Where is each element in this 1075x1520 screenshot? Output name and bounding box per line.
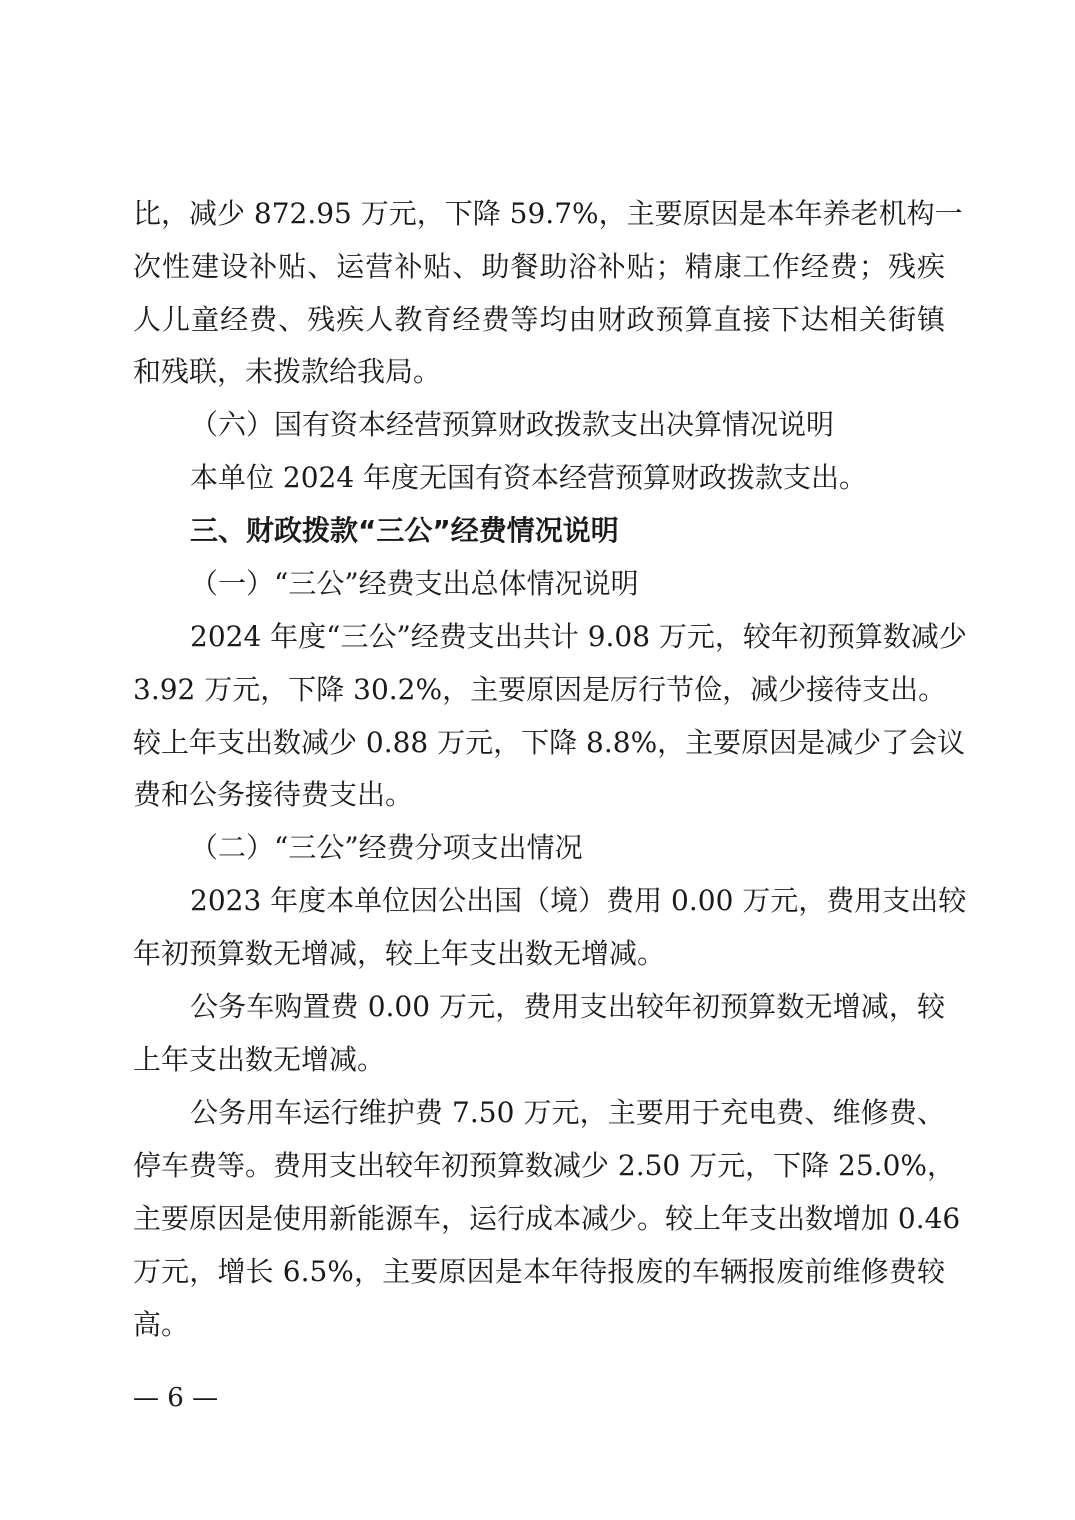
page-number: — 6 — [133, 1378, 218, 1418]
paragraph-line: 本单位 2024 年度无国有资本经营预算财政拨款支出。 [190, 458, 945, 498]
paragraph-line: 3.92 万元，下降 30.2%，主要原因是厉行节俭，减少接待支出。 [133, 670, 945, 710]
paragraph-line: 公务用车运行维护费 7.50 万元，主要用于充电费、维修费、 [190, 1093, 945, 1133]
paragraph-line: 次性建设补贴、运营补贴、助餐助浴补贴；精康工作经费；残疾 [133, 247, 945, 287]
section-subheading-2: （二）“三公”经费分项支出情况 [190, 828, 945, 868]
paragraph-line: 2023 年度本单位因公出国（境）费用 0.00 万元，费用支出较 [190, 881, 945, 921]
paragraph-line: 万元，增长 6.5%，主要原因是本年待报废的车辆报废前维修费较 [133, 1252, 945, 1292]
paragraph-line: 公务车购置费 0.00 万元，费用支出较年初预算数无增减，较 [190, 987, 945, 1027]
paragraph-line: 停车费等。费用支出较年初预算数减少 2.50 万元，下降 25.0%， [133, 1146, 945, 1186]
paragraph-line: 高。 [133, 1305, 945, 1345]
paragraph-line: 较上年支出数减少 0.88 万元，下降 8.8%，主要原因是减少了会议 [133, 723, 945, 763]
paragraph-line: 比，减少 872.95 万元，下降 59.7%，主要原因是本年养老机构一 [133, 194, 945, 234]
paragraph-line: 2024 年度“三公”经费支出共计 9.08 万元，较年初预算数减少 [190, 617, 945, 657]
paragraph-line: 年初预算数无增减，较上年支出数无增减。 [133, 934, 945, 974]
paragraph-line: 上年支出数无增减。 [133, 1040, 945, 1080]
paragraph-line: 人儿童经费、残疾人教育经费等均由财政预算直接下达相关街镇 [133, 300, 945, 340]
paragraph-line: 和残联，未拨款给我局。 [133, 352, 945, 392]
section-subheading-1: （一）“三公”经费支出总体情况说明 [190, 564, 945, 604]
section-subheading-6: （六）国有资本经营预算财政拨款支出决算情况说明 [190, 405, 945, 445]
paragraph-line: 主要原因是使用新能源车，运行成本减少。较上年支出数增加 0.46 [133, 1199, 945, 1239]
document-page: 比，减少 872.95 万元，下降 59.7%，主要原因是本年养老机构一 次性建… [0, 0, 1075, 1520]
paragraph-line: 费和公务接待费支出。 [133, 775, 945, 815]
section-heading-3: 三、财政拨款“三公”经费情况说明 [190, 511, 945, 551]
